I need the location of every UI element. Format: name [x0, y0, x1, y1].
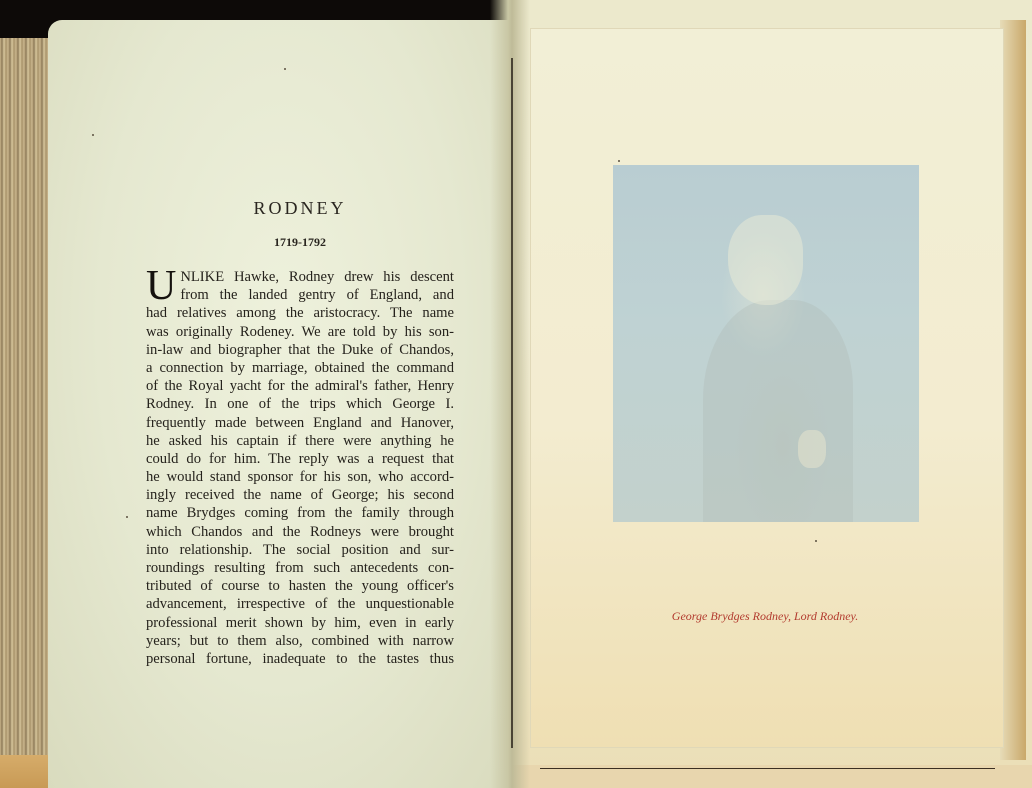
text-line: into relationship. The social position a… [146, 541, 454, 559]
chapter-dates: 1719-1792 [140, 235, 460, 250]
text-line: Rodney. In one of the trips which George… [146, 395, 454, 413]
speck [618, 160, 620, 162]
chapter-title: RODNEY [140, 198, 460, 219]
text-line: a connection by marriage, obtained the c… [146, 359, 454, 377]
plate-bottom-line [540, 768, 995, 769]
portrait-figure-body [703, 300, 853, 522]
text-line: was originally Rodeney. We are told by h… [146, 323, 454, 341]
speck [815, 540, 817, 542]
text-line: name Brydges coming from the family thro… [146, 504, 454, 522]
text-line: which Chandos and the Rodneys were broug… [146, 523, 454, 541]
text-line: years; but to them also, combined with n… [146, 632, 454, 650]
text-line: ingly received the name of George; his s… [146, 486, 454, 504]
portrait-caption: George Brydges Rodney, Lord Rodney. [600, 609, 930, 624]
body-text: U NLIKE Hawke, Rodney drew his descent f… [146, 268, 454, 668]
text-line: he would stand sponsor for his son, who … [146, 468, 454, 486]
text-line: had relatives among the aristocracy. The… [146, 304, 454, 322]
text-line: NLIKE Hawke, Rodney drew his descent [146, 268, 454, 286]
text-line: roundings resulting from such antecedent… [146, 559, 454, 577]
speck [126, 516, 128, 518]
gutter-line [511, 58, 513, 748]
open-book: RODNEY 1719-1792 U NLIKE Hawke, Rodney d… [0, 0, 1032, 788]
portrait-image [613, 165, 919, 522]
text-line: advancement, irrespective of the unquest… [146, 595, 454, 613]
portrait-figure-face [728, 215, 803, 305]
text-line: could do for him. The reply was a reques… [146, 450, 454, 468]
text-line: frequently made between England and Hano… [146, 414, 454, 432]
book-gutter [490, 0, 530, 788]
portrait-figure-hand [798, 430, 826, 468]
text-line: tributed of course to hasten the young o… [146, 577, 454, 595]
text-line: personal fortune, inadequate to the tast… [146, 650, 454, 668]
text-line: professional merit shown by him, even in… [146, 614, 454, 632]
text-line: in-law and biographer that the Duke of C… [146, 341, 454, 359]
text-line: of the Royal yacht for the admiral's fat… [146, 377, 454, 395]
drop-cap: U [146, 269, 176, 303]
speck [284, 68, 286, 70]
text-line: from the landed gentry of England, and [146, 286, 454, 304]
text-line: he asked his captain if there were anyth… [146, 432, 454, 450]
speck [92, 134, 94, 136]
